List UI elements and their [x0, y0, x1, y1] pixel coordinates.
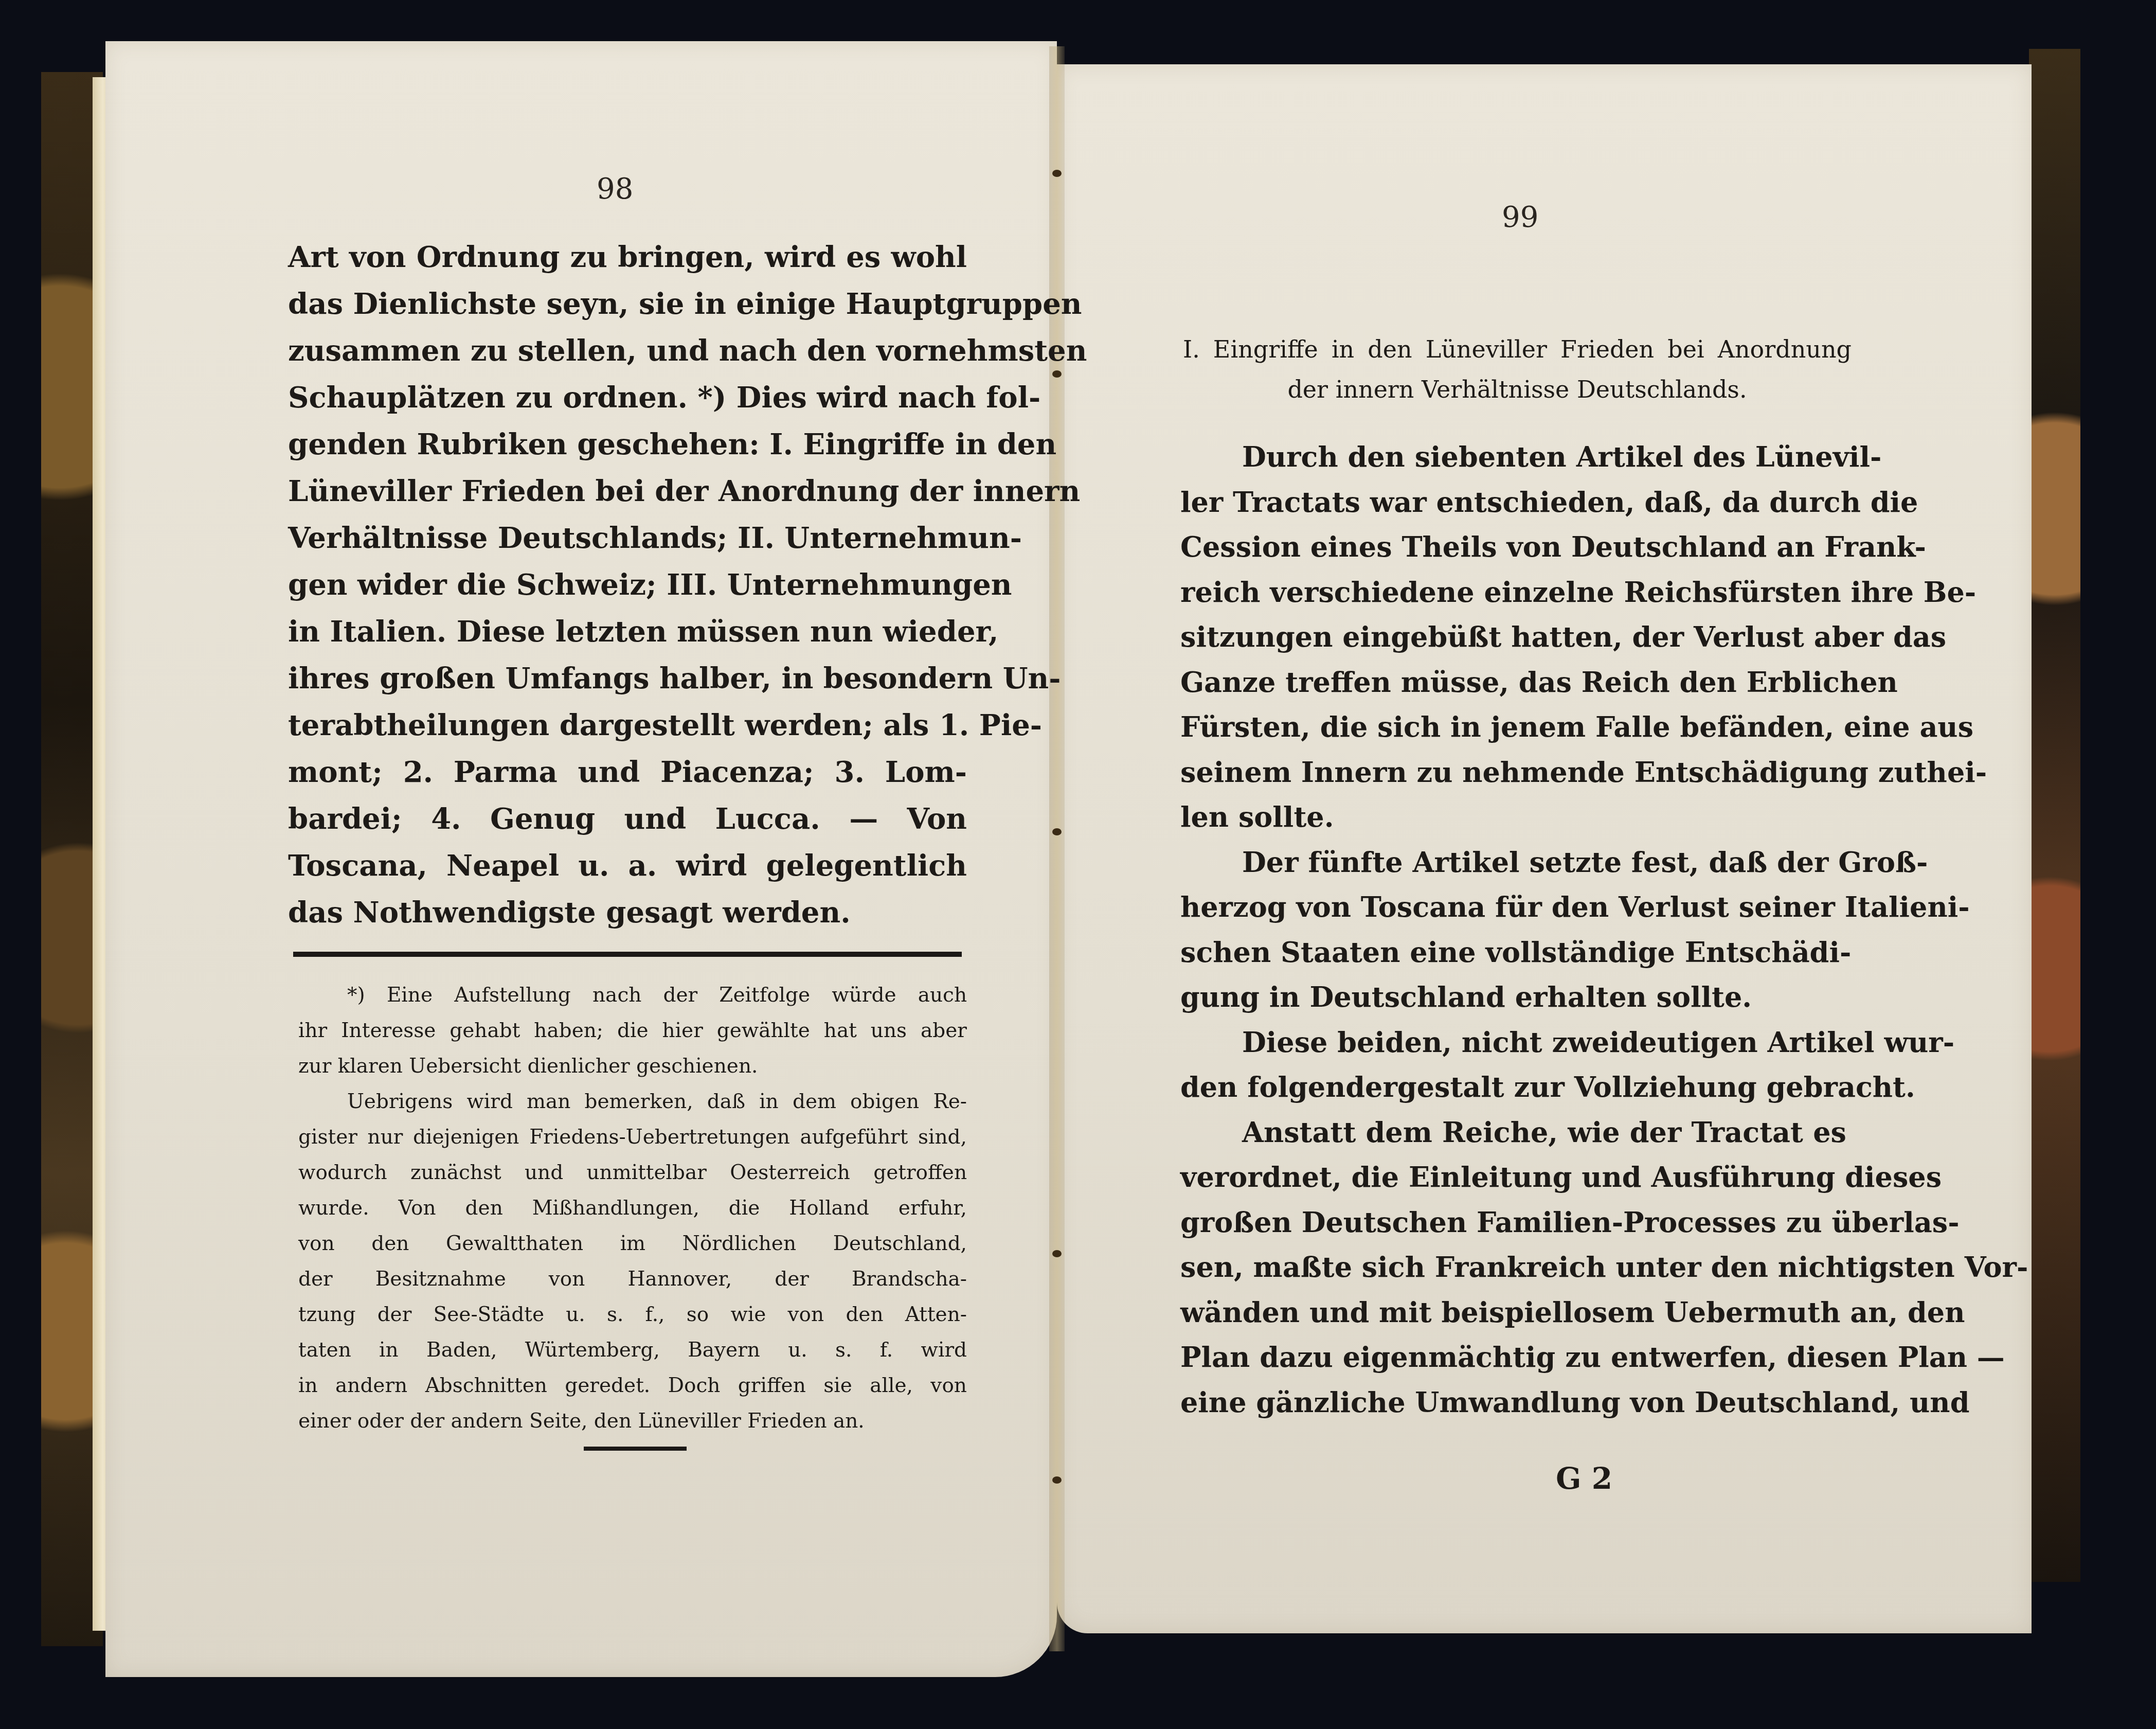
- text-line: Toscana, Neapel u. a. wird gelegentlich: [288, 843, 967, 889]
- text-line: ihres großen Umfangs halber, in besonder…: [288, 655, 967, 702]
- text-line: eine gänzliche Umwandlung von Deutschlan…: [1180, 1380, 1846, 1425]
- text-line: wänden und mit beispiellosem Uebermuth a…: [1180, 1290, 1846, 1335]
- footnote-line: Uebrigens wird man bemerken, daß in dem …: [298, 1084, 967, 1119]
- text-line: seinem Innern zu nehmende Entschädigung …: [1180, 750, 1846, 795]
- text-line: gen wider die Schweiz; III. Unternehmung…: [288, 562, 967, 609]
- text-line: den folgendergestalt zur Vollziehung geb…: [1180, 1065, 1846, 1110]
- right-page-body: Durch den siebenten Artikel des Lünevil-…: [1180, 435, 1846, 1425]
- text-line: Ganze treffen müsse, das Reich den Erbli…: [1180, 660, 1846, 705]
- text-line: bardei; 4. Genug und Lucca. — Von: [288, 796, 967, 843]
- footnote-line: einer oder der andern Seite, den Lünevil…: [298, 1403, 967, 1439]
- footnote-line: wurde. Von den Mißhandlungen, die Hollan…: [298, 1190, 967, 1226]
- text-line: reich verschiedene einzelne Reichsfürste…: [1180, 570, 1846, 615]
- section-heading: I. Eingriffe in den Lüneviller Frieden b…: [1183, 329, 1852, 409]
- footnote-line: zur klaren Uebersicht dienlicher geschie…: [298, 1048, 967, 1084]
- text-line: das Nothwendigste gesagt werden.: [288, 889, 967, 936]
- footnote-line: von den Gewaltthaten im Nördlichen Deuts…: [298, 1226, 967, 1261]
- book-cover-right-marbled: [2029, 49, 2080, 1582]
- binding-stitch: [1052, 170, 1062, 177]
- text-line: großen Deutschen Familien-Processes zu ü…: [1180, 1200, 1846, 1245]
- footnote-separator-rule: [293, 952, 962, 957]
- text-line: schen Staaten eine vollständige Entschäd…: [1180, 930, 1846, 975]
- text-line: das Dienlichste seyn, sie in einige Haup…: [288, 281, 967, 328]
- text-line: herzog von Toscana für den Verlust seine…: [1180, 885, 1846, 930]
- text-line: Diese beiden, nicht zweideutigen Artikel…: [1180, 1020, 1846, 1065]
- text-line: Art von Ordnung zu bringen, wird es wohl: [288, 234, 967, 281]
- text-line: Durch den siebenten Artikel des Lünevil-: [1180, 435, 1846, 480]
- text-line: in Italien. Diese letzten müssen nun wie…: [288, 609, 967, 655]
- text-line: Lüneviller Frieden bei der Anordnung der…: [288, 468, 967, 515]
- footnote-line: *) Eine Aufstellung nach der Zeitfolge w…: [298, 977, 967, 1013]
- text-line: Cession eines Theils von Deutschland an …: [1180, 525, 1846, 570]
- heading-line: der innern Verhältnisse Deutschlands.: [1183, 369, 1852, 409]
- left-page-body: Art von Ordnung zu bringen, wird es wohl…: [288, 234, 967, 936]
- text-line: ler Tractats war entschieden, daß, da du…: [1180, 480, 1846, 525]
- footnote-line: ihr Interesse gehabt haben; die hier gew…: [298, 1013, 967, 1048]
- footnote-line: taten in Baden, Würtemberg, Bayern u. s.…: [298, 1332, 967, 1368]
- page-number-right: 99: [1502, 201, 1538, 234]
- text-line: Anstatt dem Reiche, wie der Tractat es: [1180, 1110, 1846, 1155]
- page-number-left: 98: [597, 172, 633, 206]
- text-line: Verhältnisse Deutschlands; II. Unternehm…: [288, 515, 967, 562]
- binding-stitch: [1052, 828, 1062, 835]
- signature-mark: G 2: [1556, 1461, 1612, 1496]
- text-line: sitzungen eingebüßt hatten, der Verlust …: [1180, 615, 1846, 660]
- heading-line: I. Eingriffe in den Lüneviller Frieden b…: [1183, 329, 1852, 369]
- binding-stitch: [1052, 370, 1062, 378]
- binding-stitch: [1052, 1250, 1062, 1257]
- text-line: Plan dazu eigenmächtig zu entwerfen, die…: [1180, 1335, 1846, 1380]
- footnote-line: tzung der See-Städte u. s. f., so wie vo…: [298, 1297, 967, 1332]
- footnote-line: gister nur diejenigen Friedens-Uebertret…: [298, 1119, 967, 1155]
- text-line: genden Rubriken geschehen: I. Eingriffe …: [288, 421, 967, 468]
- footnote: *) Eine Aufstellung nach der Zeitfolge w…: [298, 977, 967, 1439]
- text-line: gung in Deutschland erhalten sollte.: [1180, 975, 1846, 1020]
- footnote-line: wodurch zunächst und unmittelbar Oesterr…: [298, 1155, 967, 1190]
- text-line: mont; 2. Parma und Piacenza; 3. Lom-: [288, 749, 967, 796]
- text-line: Schauplätzen zu ordnen. *) Dies wird nac…: [288, 375, 967, 421]
- text-line: verordnet, die Einleitung und Ausführung…: [1180, 1155, 1846, 1200]
- text-line: sen, maßte sich Frankreich unter den nic…: [1180, 1245, 1846, 1290]
- text-line: Der fünfte Artikel setzte fest, daß der …: [1180, 840, 1846, 885]
- text-line: zusammen zu stellen, und nach den vorneh…: [288, 328, 967, 375]
- binding-stitch: [1052, 1476, 1062, 1484]
- footnote-line: der Besitznahme von Hannover, der Brands…: [298, 1261, 967, 1297]
- text-line: terabtheilungen dargestellt werden; als …: [288, 702, 967, 749]
- text-line: len sollte.: [1180, 795, 1846, 840]
- text-line: Fürsten, die sich in jenem Falle befände…: [1180, 705, 1846, 750]
- end-rule: [584, 1447, 687, 1451]
- footnote-line: in andern Abschnitten geredet. Doch grif…: [298, 1368, 967, 1403]
